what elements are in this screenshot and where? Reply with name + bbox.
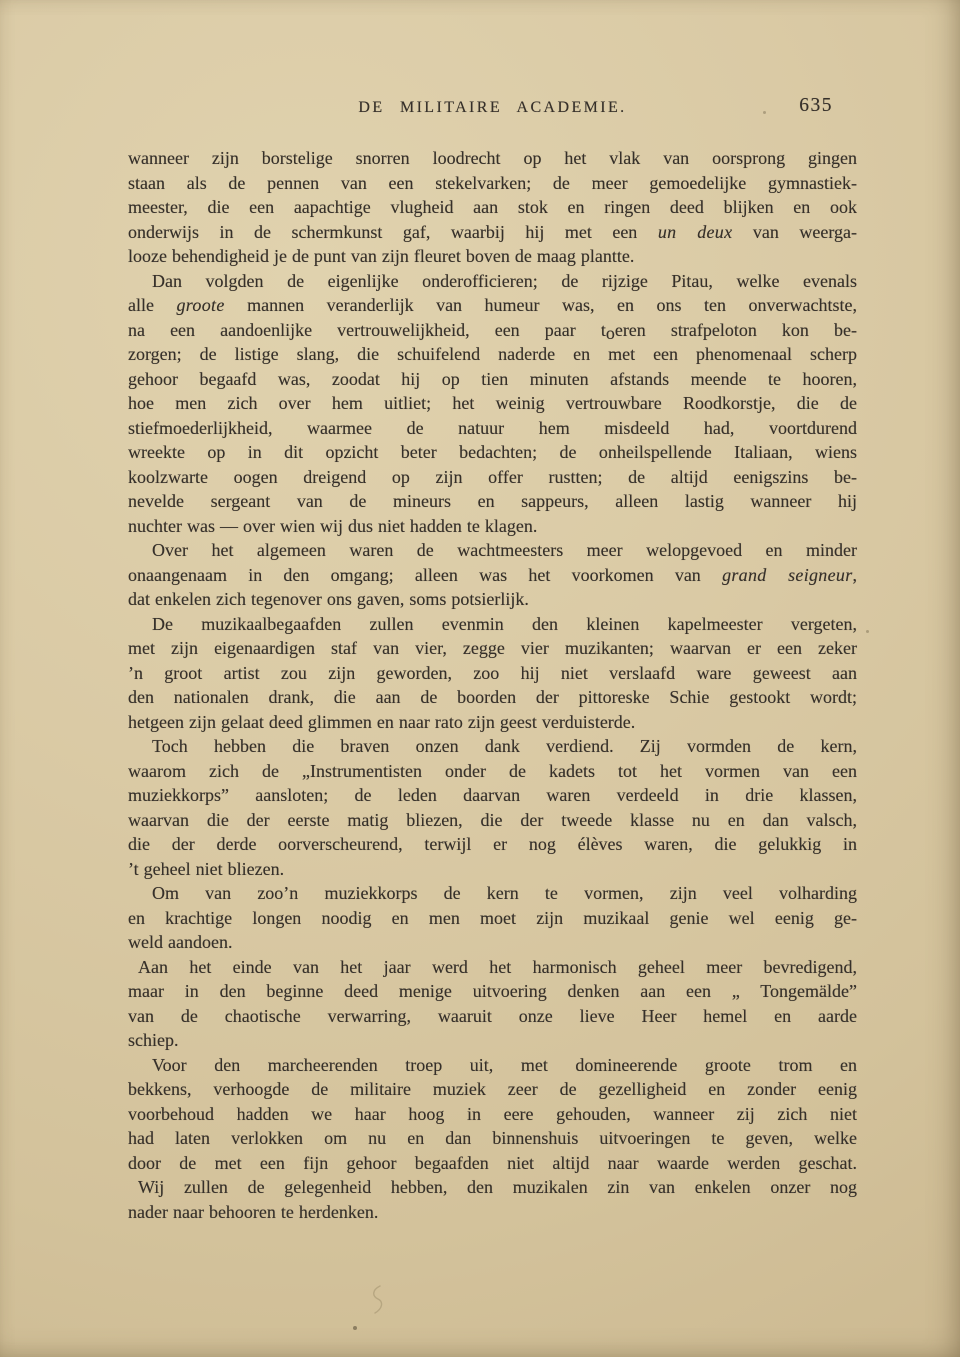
paper-hair-mark — [366, 1284, 390, 1316]
text-line: waarom zich de „Instrumentisten onder de… — [128, 759, 857, 784]
text-line: meester, die een aapachtige vlugheid aan… — [128, 195, 857, 220]
text-line: Dan volgden de eigenlijke onderofficiere… — [128, 269, 857, 294]
text-line: nevelde sergeant van de mineurs en sappe… — [128, 489, 857, 514]
text-line: na een aandoenlijke vertrouwelijkheid, e… — [128, 318, 857, 343]
text-line: muziekkorps” aansloten; de leden daarvan… — [128, 783, 857, 808]
text-line: weld aandoen. — [128, 930, 857, 955]
text-line: door de met een fijn gehoor begaafden ni… — [128, 1151, 857, 1176]
text-line: waarvan die der eerste matig bliezen, di… — [128, 808, 857, 833]
paragraph: Om van zoo’n muziekkorps de kern te vorm… — [128, 881, 857, 955]
book-page-scan: DE MILITAIRE ACADEMIE. 635 wanneer zijn … — [0, 0, 960, 1357]
paragraph: De muzikaalbegaafden zullen evenmin den … — [128, 612, 857, 735]
text-line: hetgeen zijn gelaat deed glimmen en naar… — [128, 710, 857, 735]
paragraph: Aan het einde van het jaar werd het harm… — [128, 955, 857, 1053]
paragraph: wanneer zijn borstelige snorren loodrech… — [128, 146, 857, 269]
text-line: koolzwarte oogen dreigend op zijn offer … — [128, 465, 857, 490]
paper-speck — [763, 111, 766, 114]
text-line: wanneer zijn borstelige snorren loodrech… — [128, 146, 857, 171]
text-line: dat enkelen zich tegenover ons gaven, so… — [128, 587, 857, 612]
text-line: Om van zoo’n muziekkorps de kern te vorm… — [128, 881, 857, 906]
text-line: hoe men zich over hem uitliet; het weini… — [128, 391, 857, 416]
text-line: van de chaotische verwarring, waaruit on… — [128, 1004, 857, 1029]
text-line: De muzikaalbegaafden zullen evenmin den … — [128, 612, 857, 637]
text-line: en krachtige longen noodig en men moet z… — [128, 906, 857, 931]
paper-speck — [866, 630, 869, 633]
text-line: nader naar behooren te herdenken. — [128, 1200, 857, 1225]
paragraph: Voor den marcheerenden troep uit, met do… — [128, 1053, 857, 1176]
text-line: staan als de pennen van een stekelvarken… — [128, 171, 857, 196]
text-line: ’n groot artist zou zijn geworden, zoo h… — [128, 661, 857, 686]
text-block: wanneer zijn borstelige snorren loodrech… — [128, 146, 857, 1224]
text-line: onderwijs in de schermkunst gaf, waarbij… — [128, 220, 857, 245]
text-line: Aan het einde van het jaar werd het harm… — [128, 955, 857, 980]
paragraph: Wij zullen de gelegenheid hebben, den mu… — [128, 1175, 857, 1224]
text-line: ’t geheel niet bliezen. — [128, 857, 857, 882]
text-line: met zijn eigenaardigen staf van vier, ze… — [128, 636, 857, 661]
text-line: Toch hebben die braven onzen dank verdie… — [128, 734, 857, 759]
text-line: Voor den marcheerenden troep uit, met do… — [128, 1053, 857, 1078]
page-header-title: DE MILITAIRE ACADEMIE. — [358, 99, 626, 117]
text-line: maar in den beginne deed menige uitvoeri… — [128, 979, 857, 1004]
paragraph: Dan volgden de eigenlijke onderofficiere… — [128, 269, 857, 539]
text-line: onaangenaam in den omgang; alleen was he… — [128, 563, 857, 588]
text-line: nuchter was — over wien wij dus niet had… — [128, 514, 857, 539]
text-line: den nationalen drank, die aan de boorden… — [128, 685, 857, 710]
text-line: had laten verlokken om nu en dan binnens… — [128, 1126, 857, 1151]
text-line: alle groote mannen veranderlijk van hume… — [128, 293, 857, 318]
text-line: wreekte op in dit opzicht beter bedachte… — [128, 440, 857, 465]
text-line: Wij zullen de gelegenheid hebben, den mu… — [128, 1175, 857, 1200]
text-line: die der derde oorverscheurend, terwijl e… — [128, 832, 857, 857]
text-line: stiefmoederlijkheid, waarmee de natuur h… — [128, 416, 857, 441]
text-line: schiep. — [128, 1028, 857, 1053]
text-line: voorbehoud hadden we haar hoog in eere g… — [128, 1102, 857, 1127]
text-line: looze behendigheid je de punt van zijn f… — [128, 244, 857, 269]
text-line: gehoor begaafd was, zoodat hij op tien m… — [128, 367, 857, 392]
paragraph: Over het algemeen waren de wachtmeesters… — [128, 538, 857, 612]
text-line: bekkens, verhoogde de militaire muziek z… — [128, 1077, 857, 1102]
paper-speck — [353, 1326, 357, 1330]
text-line: Over het algemeen waren de wachtmeesters… — [128, 538, 857, 563]
paragraph: Toch hebben die braven onzen dank verdie… — [128, 734, 857, 881]
running-header: DE MILITAIRE ACADEMIE. 635 — [128, 98, 857, 122]
page-number: 635 — [799, 95, 833, 117]
text-line: zorgen; de listige slang, die schuifelen… — [128, 342, 857, 367]
